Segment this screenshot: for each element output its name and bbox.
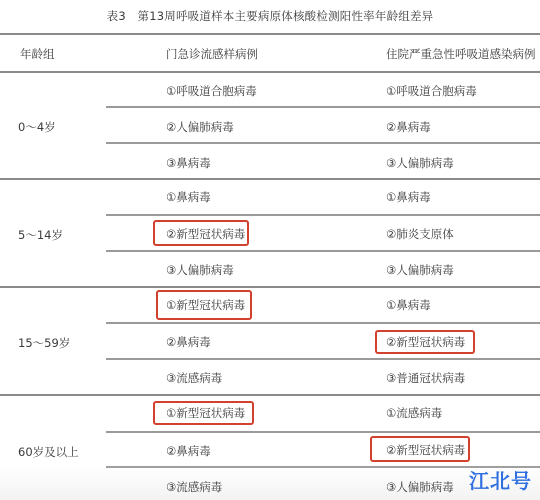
cell-g3-r1-inpatient: ②新型冠状病毒 xyxy=(386,443,465,457)
cell-g3-r0-outpatient: ①新型冠状病毒 xyxy=(166,406,245,420)
cell-g1-r2-outpatient: ③人偏肺病毒 xyxy=(166,263,234,277)
cell-g2-r2-inpatient: ③普通冠状病毒 xyxy=(386,371,465,385)
inner-rule xyxy=(106,431,540,433)
cell-g1-r1-inpatient: ②肺炎支原体 xyxy=(386,227,454,241)
cell-g2-r0-inpatient: ①鼻病毒 xyxy=(386,298,431,312)
header-rule xyxy=(0,71,540,73)
age-group-0-4: 0～4岁 xyxy=(18,119,56,135)
watermark-logo: 江北号 xyxy=(469,465,532,494)
inner-rule xyxy=(106,106,540,108)
bottom-shade xyxy=(0,464,540,500)
table-title: 表3 第13周呼吸道样本主要病原体核酸检测阳性率年龄组差异 xyxy=(0,8,540,24)
cell-g2-r2-outpatient: ③流感病毒 xyxy=(166,371,222,385)
cell-g0-r2-outpatient: ③鼻病毒 xyxy=(166,156,211,170)
inner-rule xyxy=(106,214,540,216)
cell-g1-r0-outpatient: ①鼻病毒 xyxy=(166,190,211,204)
header-age-group: 年龄组 xyxy=(20,46,55,62)
inner-rule xyxy=(106,142,540,144)
cell-g0-r0-inpatient: ①呼吸道合胞病毒 xyxy=(386,84,477,98)
header-outpatient: 门急诊流感样病例 xyxy=(166,46,258,62)
cell-g0-r1-outpatient: ②人偏肺病毒 xyxy=(166,120,234,134)
cell-g0-r0-outpatient: ①呼吸道合胞病毒 xyxy=(166,84,257,98)
cell-g2-r1-inpatient: ②新型冠状病毒 xyxy=(386,335,465,349)
cell-g2-r1-outpatient: ②鼻病毒 xyxy=(166,335,211,349)
cell-g0-r1-inpatient: ②鼻病毒 xyxy=(386,120,431,134)
age-group-60-plus: 60岁及以上 xyxy=(18,444,79,460)
cell-g1-r1-outpatient: ②新型冠状病毒 xyxy=(166,227,245,241)
cell-g3-r0-inpatient: ①流感病毒 xyxy=(386,406,442,420)
age-group-5-14: 5～14岁 xyxy=(18,227,63,243)
group-rule xyxy=(0,178,540,180)
group-rule xyxy=(0,286,540,288)
inner-rule xyxy=(106,358,540,360)
cell-g3-r2-inpatient: ③人偏肺病毒 xyxy=(386,480,454,494)
cell-g0-r2-inpatient: ③人偏肺病毒 xyxy=(386,156,454,170)
inner-rule xyxy=(106,250,540,252)
cell-g1-r0-inpatient: ①鼻病毒 xyxy=(386,190,431,204)
cell-g3-r2-outpatient: ③流感病毒 xyxy=(166,480,222,494)
inner-rule xyxy=(106,322,540,324)
cell-g1-r2-inpatient: ③人偏肺病毒 xyxy=(386,263,454,277)
cell-g3-r1-outpatient: ②鼻病毒 xyxy=(166,444,211,458)
header-inpatient: 住院严重急性呼吸道感染病例 xyxy=(386,46,536,62)
group-rule xyxy=(0,394,540,396)
age-group-15-59: 15～59岁 xyxy=(18,335,70,351)
cell-g2-r0-outpatient: ①新型冠状病毒 xyxy=(166,298,245,312)
top-rule xyxy=(0,33,540,35)
